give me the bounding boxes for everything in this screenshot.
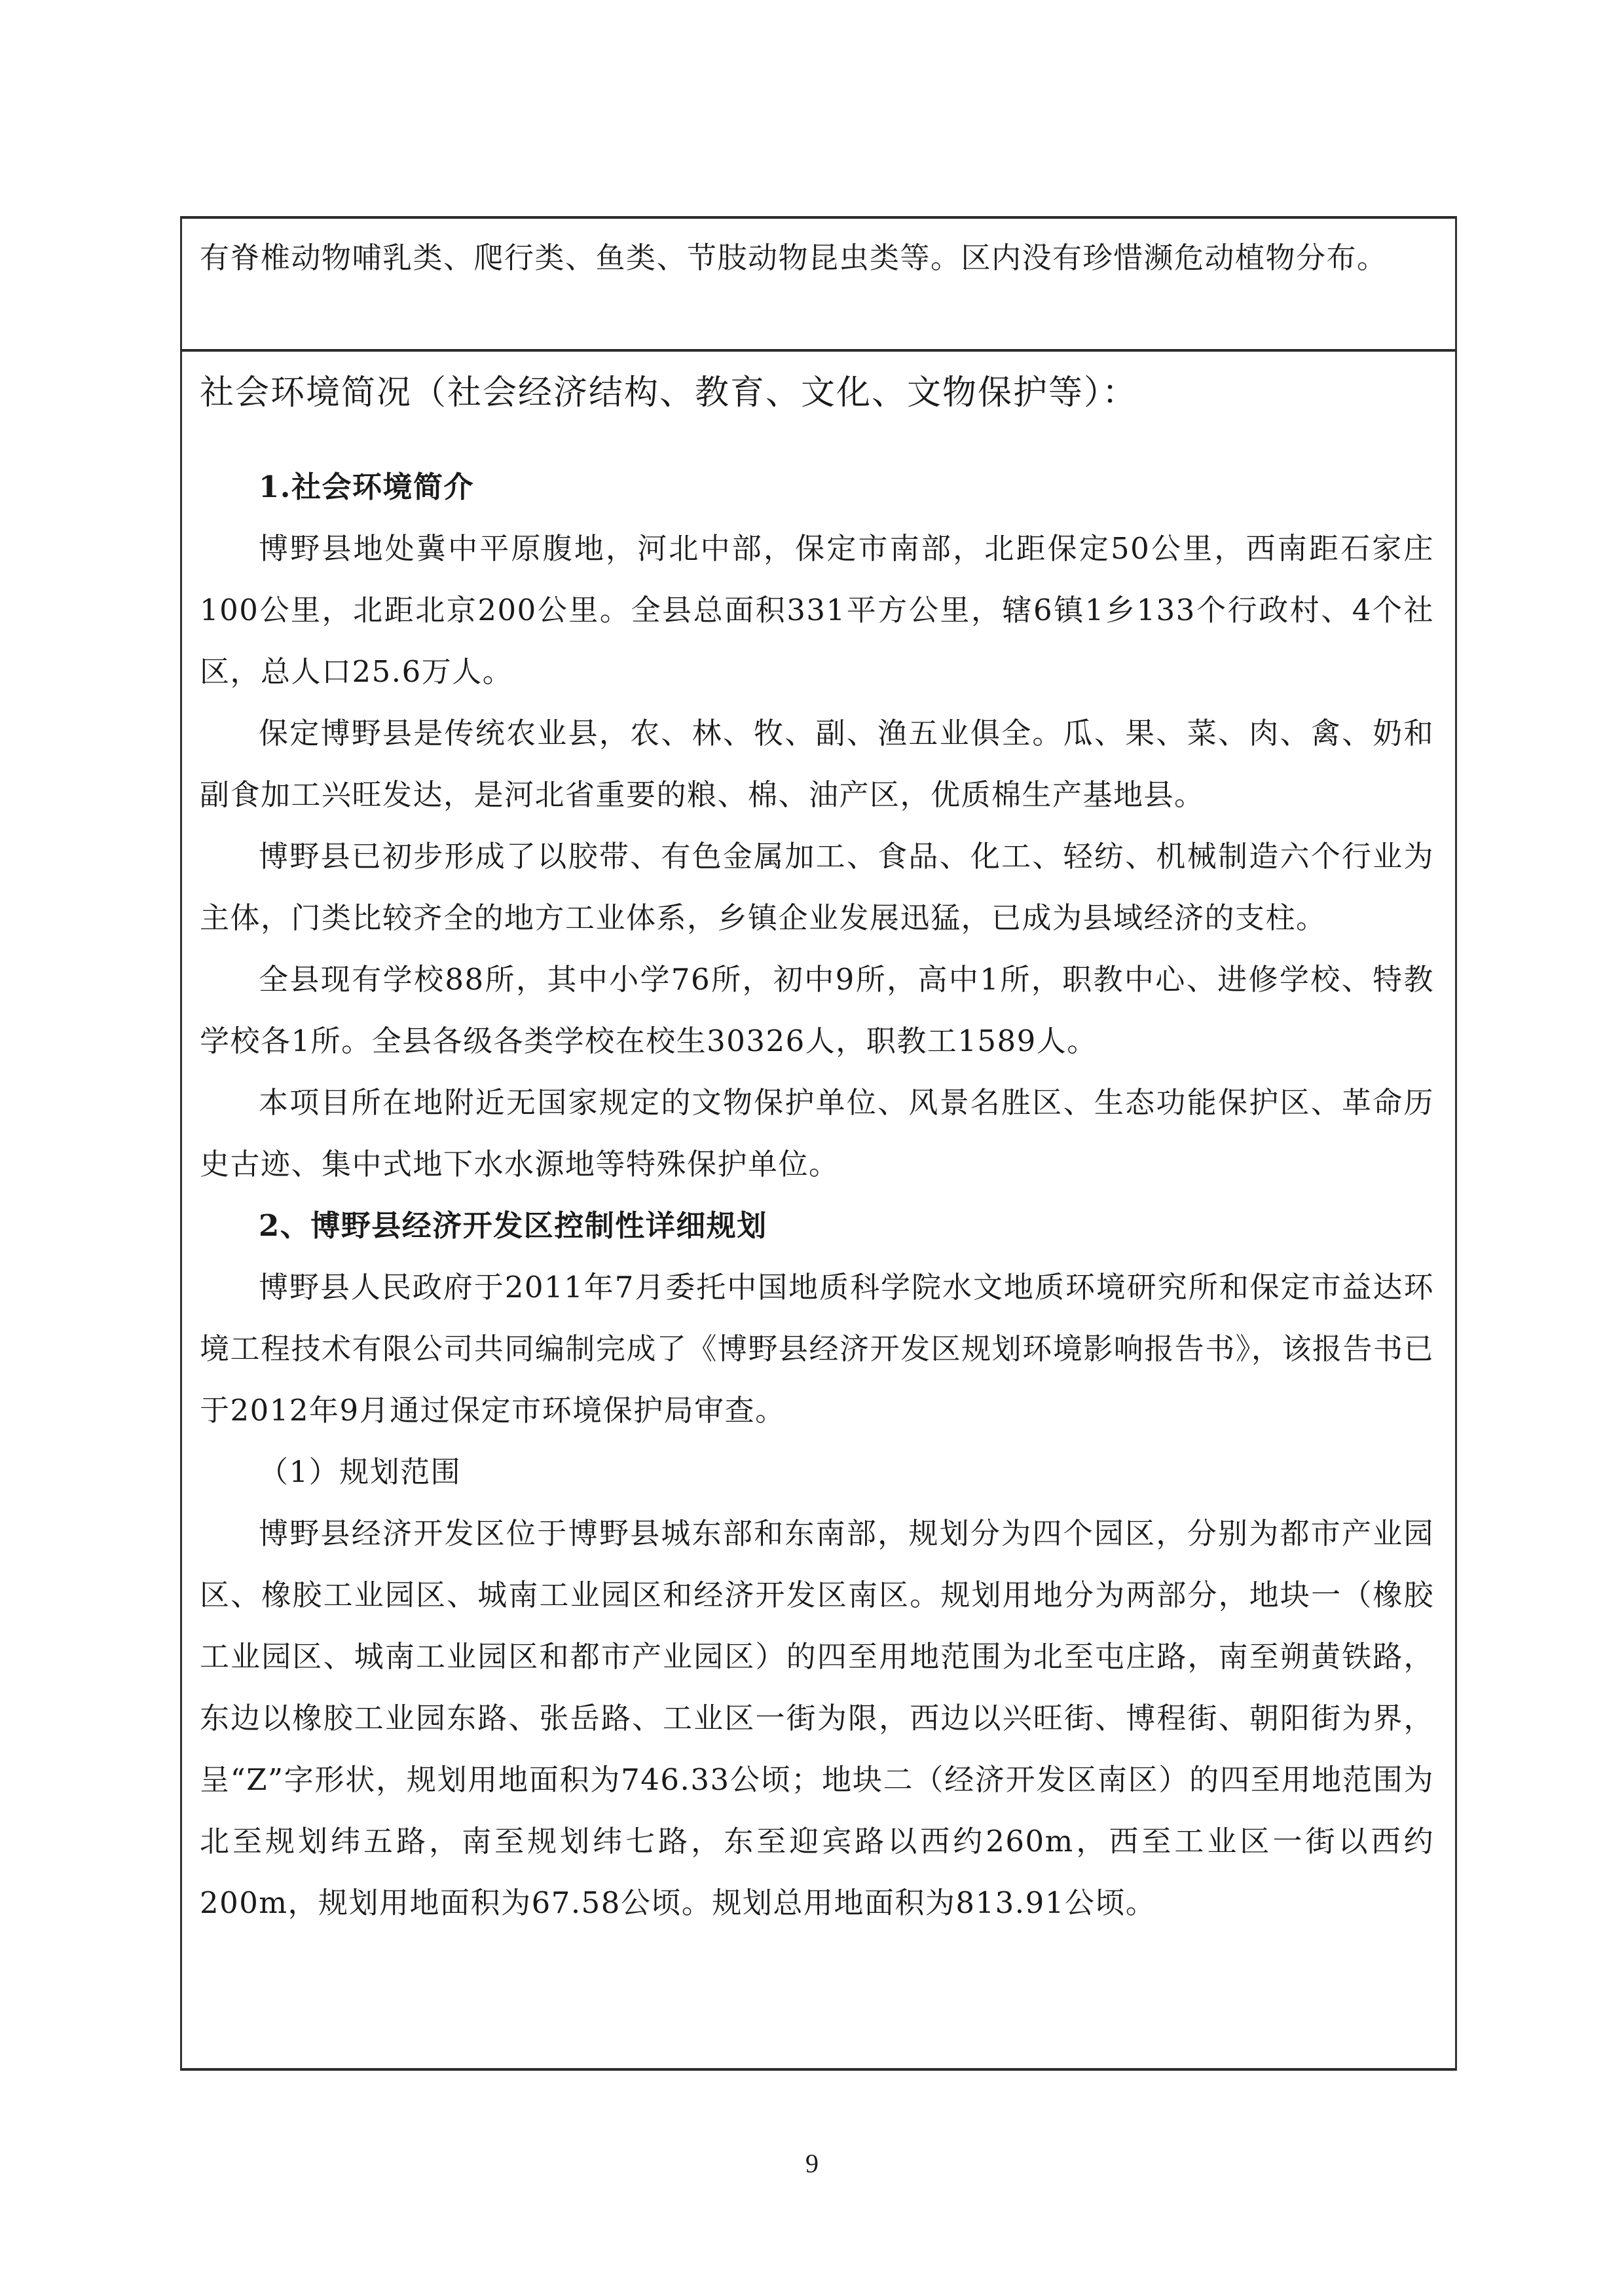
social-environment-body: 1.社会环境简介 博野县地处冀中平原腹地，河北中部，保定市南部，北距保定50公里… bbox=[200, 456, 1434, 1934]
section-title-social-environment: 社会环境简况（社会经济结构、教育、文化、文物保护等）： bbox=[200, 363, 1137, 422]
paragraph-planning-scope: 博野县经济开发区位于博野县城东部和东南部，规划分为四个园区，分别为都市产业园区、… bbox=[200, 1503, 1434, 1934]
page-number: 9 bbox=[0, 2148, 1624, 2179]
paragraph-planning-report: 博野县人民政府于2011年7月委托中国地质科学院水文地质环境研究所和保定市益达环… bbox=[200, 1257, 1434, 1441]
paragraph-agriculture: 保定博野县是传统农业县，农、林、牧、副、渔五业俱全。瓜、果、菜、肉、禽、奶和副食… bbox=[200, 703, 1434, 826]
paragraph-protected-sites: 本项目所在地附近无国家规定的文物保护单位、风景名胜区、生态功能保护区、革命历史古… bbox=[200, 1072, 1434, 1195]
paragraph-industry: 博野县已初步形成了以胶带、有色金属加工、食品、化工、轻纺、机械制造六个行业为主体… bbox=[200, 826, 1434, 949]
ecology-continued-text-block: 有脊椎动物哺乳类、爬行类、鱼类、节肢动物昆虫类等。区内没有珍惜濒危动植物分布。 bbox=[200, 227, 1434, 289]
subsection-heading-1: 1.社会环境简介 bbox=[200, 456, 1434, 518]
item-heading-planning-scope: （1）规划范围 bbox=[200, 1441, 1434, 1503]
paragraph-education: 全县现有学校88所，其中小学76所，初中9所，高中1所，职教中心、进修学校、特教… bbox=[200, 949, 1434, 1072]
ecology-continued-paragraph: 有脊椎动物哺乳类、爬行类、鱼类、节肢动物昆虫类等。区内没有珍惜濒危动植物分布。 bbox=[200, 227, 1434, 289]
subsection-heading-2: 2、博野县经济开发区控制性详细规划 bbox=[200, 1195, 1434, 1257]
paragraph-location: 博野县地处冀中平原腹地，河北中部，保定市南部，北距保定50公里，西南距石家庄10… bbox=[200, 518, 1434, 703]
